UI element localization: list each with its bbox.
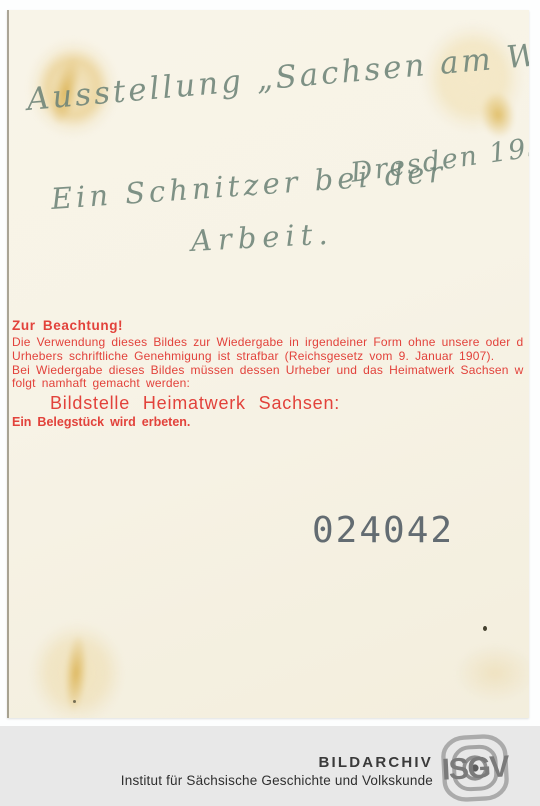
stamp-agency-name: Bildstelle Heimatwerk Sachsen: [50,393,529,414]
isgv-logo: ISGV [439,732,511,804]
stamp-line: Die Verwendung dieses Bildes zur Wiederg… [12,336,529,350]
stamp-line: folgt namhaft gemacht werden: [12,377,529,391]
paper-speck [73,700,76,703]
archive-footer-bar: BILDARCHIV Institut für Sächsische Gesch… [0,726,540,806]
handwriting-line-exhibition: Ausstellung „Sachsen am Werk“ [25,30,529,118]
paper-speck [483,626,487,631]
glue-streak [62,633,89,712]
photo-verso: Ausstellung „Sachsen am Werk“ Dresden 19… [7,10,529,718]
stamp-heading: Zur Beachtung! [12,318,529,333]
isgv-logo-letters: ISGV [441,750,510,787]
archive-subtitle: Institut für Sächsische Geschichte und V… [121,773,433,788]
glue-stain-bottom-right [455,644,529,702]
archive-footer-text: BILDARCHIV Institut für Sächsische Gesch… [121,754,433,788]
inventory-number-stamp: 024042 [312,510,454,551]
archive-title: BILDARCHIV [121,754,433,771]
stamp-request: Ein Belegstück wird erbeten. [12,415,529,429]
handwriting-line-caption-2: Arbeit. [190,217,334,258]
glue-stain-bottom-left [29,622,125,718]
copyright-stamp: Zur Beachtung! Die Verwendung dieses Bil… [12,318,529,429]
glue-streak [478,90,518,140]
stamp-line: Urhebers schriftliche Genehmigung ist st… [12,350,529,364]
stamp-line: Bei Wiedergabe dieses Bildes müssen dess… [12,364,529,378]
handwriting-line-caption-1: Ein Schnitzer bei der [50,154,447,216]
